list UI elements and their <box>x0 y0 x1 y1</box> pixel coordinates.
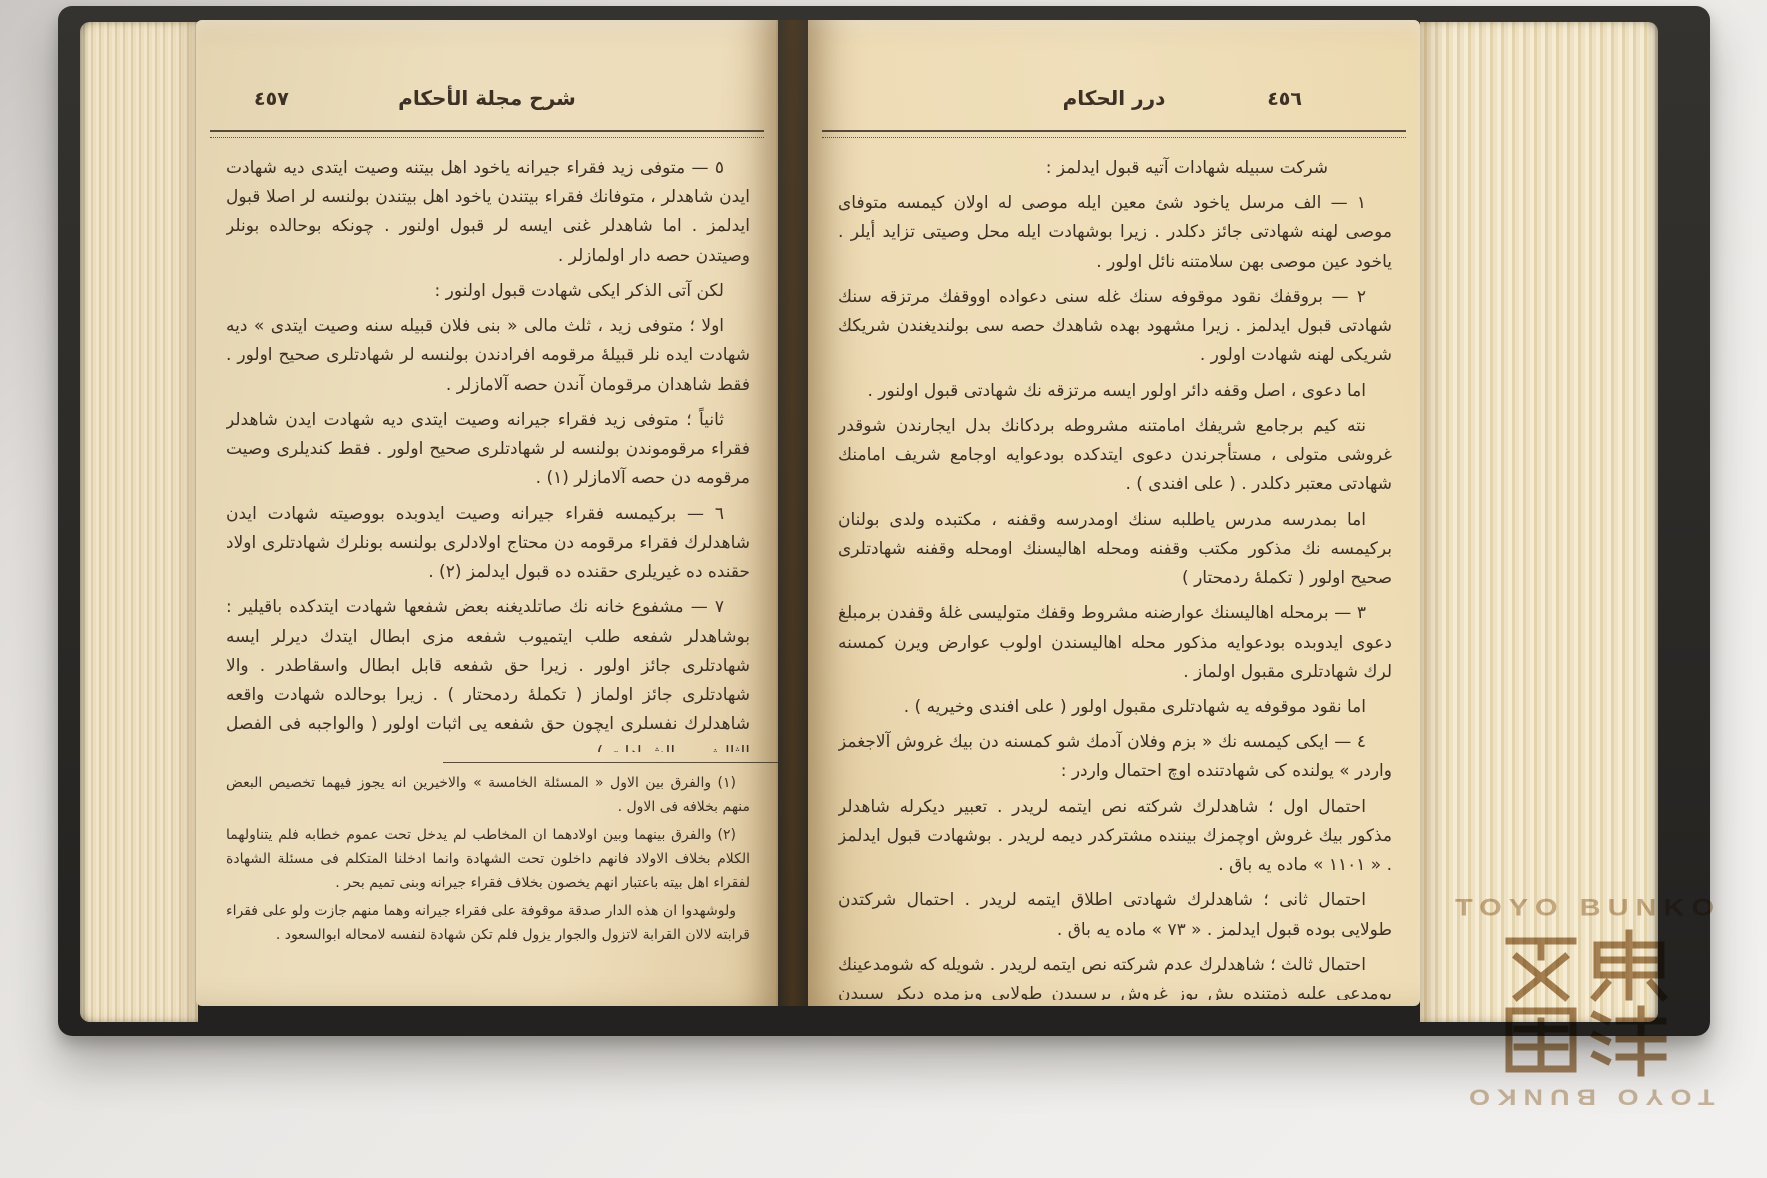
paragraph: ٤ — ايكى كيمسه نك « بزم وفلان آدمك شو كم… <box>838 728 1392 786</box>
paragraph: احتمال ثانى ؛ شاهدلرك شهادتى اطلاق ايتمه… <box>838 886 1392 944</box>
right-page-body: شركت سبيله شهادات آتيه قبول ايدلمز : ١ —… <box>838 154 1392 1000</box>
footnote: (١) والفرق بين الاول « المسئلة الخامسة »… <box>226 771 750 819</box>
left-page-header: ٤٥٧ شرح مجلة الأحكام <box>196 86 778 130</box>
paragraph: اما دعوى ، اصل وقفه دائر اولور ايسه مرتز… <box>838 377 1392 406</box>
footnote: ولوشهدوا ان هذه الدار صدقة موقوفة على فق… <box>226 899 750 947</box>
right-page-edges <box>1420 22 1658 1022</box>
open-book: ٤٥٧ شرح مجلة الأحكام ٥ — متوفى زيد فقراء… <box>58 6 1710 1036</box>
paragraph: احتمال اول ؛ شاهدلرك شركته نص ايتمه لريد… <box>838 793 1392 881</box>
paragraph: اولا ؛ متوفى زيد ، ثلث مالى « بنى فلان ق… <box>226 312 750 400</box>
book-gutter <box>776 20 810 1006</box>
right-page-title: درر الحكام <box>808 86 1420 110</box>
paragraph: اما نقود موقوفه يه شهادتلرى مقبول اولور … <box>838 693 1392 722</box>
footnote-separator <box>443 762 778 763</box>
right-page: ٤٥٦ درر الحكام شركت سبيله شهادات آتيه قب… <box>808 20 1420 1006</box>
paragraph: ٣ — برمحله اهاليسنك عوارضنه مشروط وقفك م… <box>838 599 1392 687</box>
paragraph: ١ — الف مرسل ياخود شئ معين ايله موصى له … <box>838 189 1392 277</box>
paragraph: ثانياً ؛ متوفى زيد فقراء جيرانه وصيت ايت… <box>226 406 750 494</box>
paragraph: لكن آتى الذكر ايكى شهادت قبول اولنور : <box>226 277 750 306</box>
paragraph: ٥ — متوفى زيد فقراء جيرانه ياخود اهل بيت… <box>226 154 750 271</box>
left-page: ٤٥٧ شرح مجلة الأحكام ٥ — متوفى زيد فقراء… <box>196 20 778 1006</box>
paragraph: ٦ — بركيمسه فقراء جيرانه وصيت ايدوبده بو… <box>226 500 750 588</box>
photo-background: ٤٥٧ شرح مجلة الأحكام ٥ — متوفى زيد فقراء… <box>0 0 1767 1178</box>
right-header-rule <box>822 130 1406 138</box>
paragraph: ٧ — مشفوع خانه نك صاتلديغنه بعض شفعها شه… <box>226 593 750 752</box>
paragraph: نته كيم برجامع شريفك امامتنه مشروطه بردك… <box>838 412 1392 500</box>
left-page-footnotes: (١) والفرق بين الاول « المسئلة الخامسة »… <box>226 771 750 957</box>
right-page-header: ٤٥٦ درر الحكام <box>808 86 1420 130</box>
paragraph: احتمال ثالث ؛ شاهدلرك عدم شركته نص ايتمه… <box>838 951 1392 1000</box>
left-page-title: شرح مجلة الأحكام <box>196 86 778 110</box>
paragraph: ٢ — بروقفك نقود موقوفه سنك غله سنى دعواد… <box>838 283 1392 371</box>
left-header-rule <box>210 130 764 138</box>
left-page-edges <box>80 22 198 1022</box>
left-page-body: ٥ — متوفى زيد فقراء جيرانه ياخود اهل بيت… <box>226 154 750 752</box>
footnote: (٢) والفرق بينهما وبين اولادهما ان المخا… <box>226 823 750 895</box>
paragraph: اما بمدرسه مدرس ياطلبه سنك اومدرسه وقفنه… <box>838 506 1392 594</box>
watermark-text-bottom: TOYO BUNKO <box>1462 1084 1715 1109</box>
paragraph: شركت سبيله شهادات آتيه قبول ايدلمز : <box>838 154 1392 183</box>
